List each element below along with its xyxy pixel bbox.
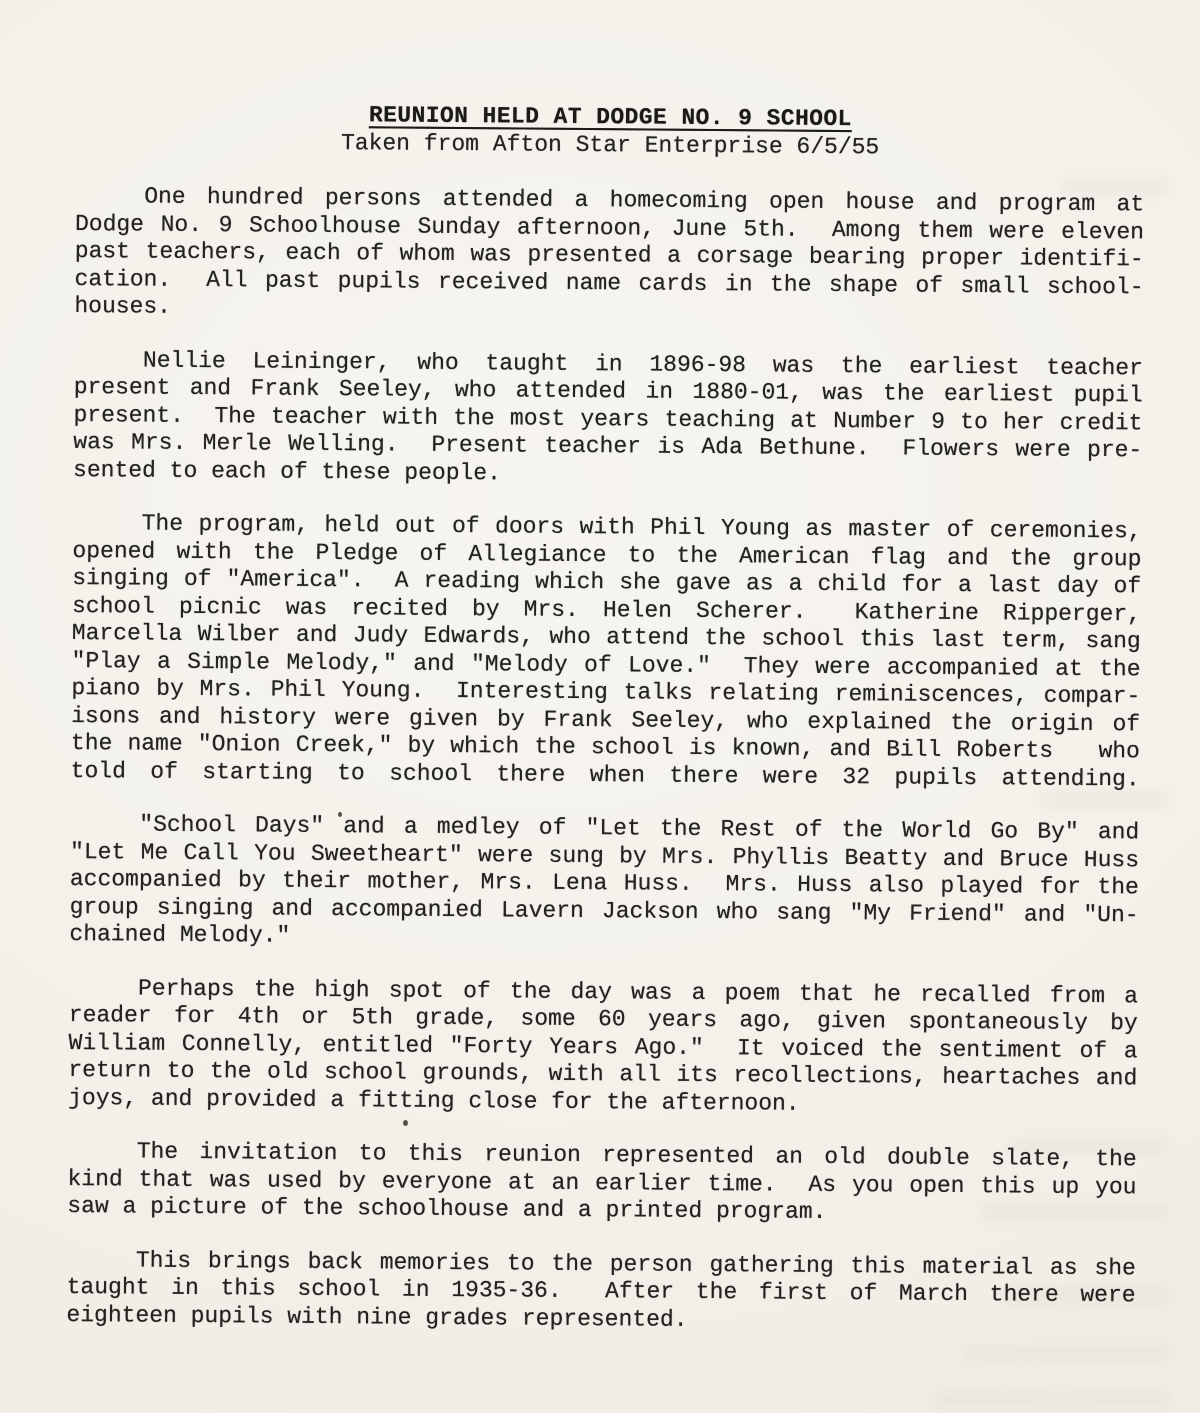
paragraph: One hundred persons attended a homecomin… <box>74 183 1144 329</box>
paragraph: The program, held out of doors with Phil… <box>71 510 1142 793</box>
document-body: One hundred persons attended a homecomin… <box>66 183 1144 1337</box>
scanned-page: REUNION HELD AT DODGE NO. 9 SCHOOL Taken… <box>0 0 1200 1413</box>
paragraph: "School Days" and a medley of "Let the R… <box>69 811 1139 957</box>
document-header: REUNION HELD AT DODGE NO. 9 SCHOOL Taken… <box>76 100 1145 163</box>
paragraph: The invitation to this reunion represent… <box>67 1138 1137 1229</box>
bleed-through-mark <box>930 1392 1170 1406</box>
paragraph: Perhaps the high spot of the day was a p… <box>68 974 1138 1120</box>
paragraph: This brings back memories to the person … <box>66 1246 1136 1337</box>
typewritten-text-block: REUNION HELD AT DODGE NO. 9 SCHOOL Taken… <box>66 100 1145 1363</box>
paragraph: Nellie Leininger, who taught in 1896-98 … <box>73 346 1143 492</box>
